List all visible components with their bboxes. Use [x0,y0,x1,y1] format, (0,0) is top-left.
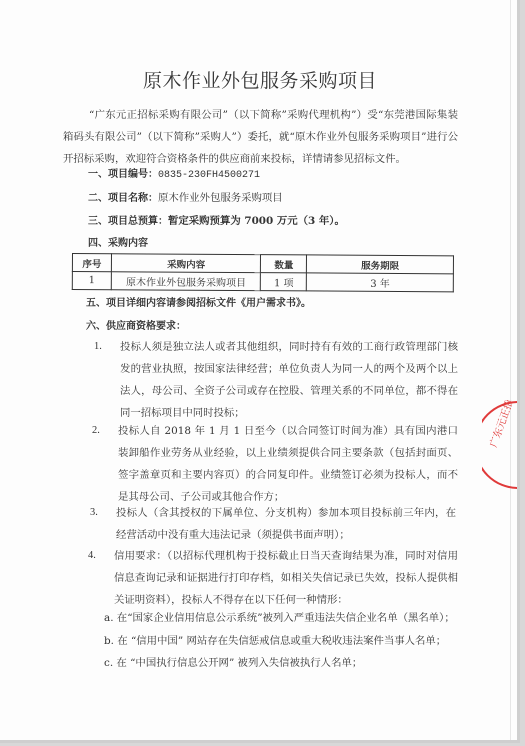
cell-seq: 1 [72,272,111,290]
budget-value: 暂定采购预算为 7000 万元（3 年）。 [168,215,345,227]
section-budget: 三、项目总预算：暂定采购预算为 7000 万元（3 年）。 [88,214,345,229]
item-number: 2. [92,420,112,442]
table-header-row: 序号 采购内容 数量 服务期限 [72,254,453,274]
header-term: 服务期限 [307,255,454,274]
sub-item-c: c. 在 “中国执行信息公开网” 被列入失信被执行人名单； [104,656,362,670]
document-page: 原木作业外包服务采购项目 “广东元正招标采购有限公司”（以下简称”采购代理机构”… [0,0,520,743]
section-details: 五、项目详细内容请参阅招标文件《用户需求书》。 [86,296,311,311]
project-number: 0835-230FH4500271 [158,170,260,181]
cell-content: 原木作业外包服务采购项目 [111,272,261,291]
item-number: 4. [88,545,108,567]
requirement-item: 1. 投标人须是独立法人或者其他组织，同时持有有效的工商行政管理部门核发的营业执… [94,336,458,424]
page-edge [510,0,511,740]
section-project-number: 一、项目编号：0835-230FH4500271 [88,167,260,183]
seal-text: 广东元正招标 [487,400,520,449]
section-label: 四、采购内容 [88,238,148,249]
section-qualifications: 六、供应商资格要求： [86,319,186,334]
intro-paragraph: “广东元正招标采购有限公司”（以下简称”采购代理机构”）受“东莞港国际集装箱码头… [63,104,458,170]
requirement-item: 4. 信用要求：（以招标代理机构于投标截止日当天查询结果为准，同时对信用信息查询… [88,545,458,611]
section-project-name: 二、项目名称：原木作业外包服务采购项目 [88,191,283,206]
section-label: 五、项目详细内容请参阅招标文件《用户需求书》。 [86,298,311,309]
item-number: 1. [94,336,114,358]
header-quantity: 数量 [261,255,307,273]
item-text: 投标人（含其授权的下属单位、分支机构）参加本项目投标前三年内，在经营活动中没有重… [116,502,456,546]
company-seal-icon: 广东元正招标 [482,400,520,490]
document-title: 原木作业外包服务采购项目 [0,66,520,93]
section-label: 三、项目总预算： [88,216,168,227]
requirement-item: 3. 投标人（含其授权的下属单位、分支机构）参加本项目投标前三年内，在经营活动中… [90,502,456,546]
section-label: 六、供应商资格要求： [86,321,186,332]
sub-item-a: a. 在“国家企业信用信息公示系统”被列入严重违法失信企业名单（黑名单）； [104,611,455,625]
cell-term: 3 年 [307,273,454,292]
requirement-item: 2. 投标人自 2018 年 1 月 1 日至今（以合同签订时间为准）具有国内港… [92,420,458,508]
section-content: 四、采购内容 [88,236,148,251]
item-text: 投标人自 2018 年 1 月 1 日至今（以合同签订时间为准）具有国内港口装卸… [118,420,458,508]
table-row: 1 原木作业外包服务采购项目 1 项 3 年 [72,272,453,292]
item-text: 信用要求：（以招标代理机构于投标截止日当天查询结果为准，同时对信用信息查询记录和… [114,545,458,611]
item-text: 投标人须是独立法人或者其他组织，同时持有有效的工商行政管理部门核发的营业执照，按… [120,336,458,424]
section-label: 一、项目编号： [88,169,158,180]
sub-item-b: b. 在 “信用中国” 网站存在失信惩戒信息或重大税收违法案件当事人名单； [104,634,446,648]
project-name: 原木作业外包服务采购项目 [158,192,283,204]
section-label: 二、项目名称： [88,193,158,204]
header-content: 采购内容 [111,254,261,273]
procurement-table: 序号 采购内容 数量 服务期限 1 原木作业外包服务采购项目 1 项 3 年 [72,253,454,292]
header-seq: 序号 [72,254,111,272]
item-number: 3. [90,502,110,524]
cell-quantity: 1 项 [261,273,307,291]
